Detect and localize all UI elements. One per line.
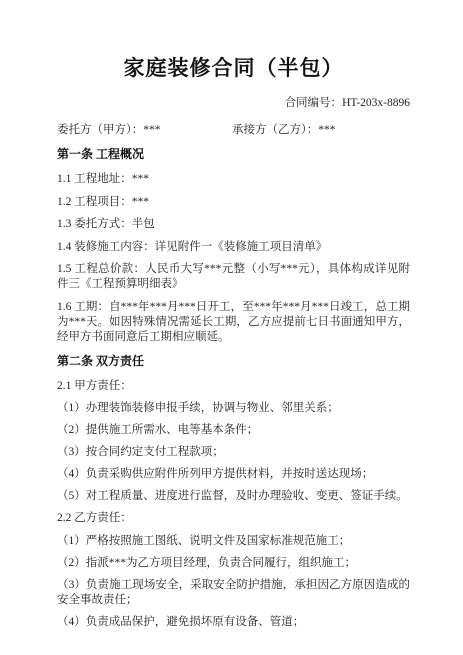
clause-1-4: 1.4 装修施工内容：详见附件一《装修施工项目清单》 — [57, 240, 410, 255]
party-a-field: 委托方（甲方）：*** — [57, 123, 232, 138]
party-a-duty-3: （3）按合同约定支付工程款项； — [57, 445, 410, 460]
section-1-heading: 第一条 工程概况 — [57, 147, 410, 162]
contract-number-value: HT-203x-8896 — [342, 97, 410, 109]
clause-1-1: 1.1 工程地址：*** — [57, 172, 410, 187]
party-b-duty-3: （3）负责施工现场安全，采取安全防护措施，承担因乙方原因造成的安全事故责任； — [57, 578, 410, 608]
clause-1-6: 1.6 工期：自***年***月***日开工，至***年***月***日竣工，总… — [57, 300, 410, 345]
clause-1-5: 1.5 工程总价款：人民币大写***元整（小写***元），具体构成详见附件三《工… — [57, 262, 410, 292]
clause-1-2: 1.2 工程项目：*** — [57, 195, 410, 210]
party-b-field: 承接方（乙方）：*** — [232, 123, 336, 138]
party-a-duty-4: （4）负责采购供应附件所列甲方提供材料，并按时送达现场； — [57, 467, 410, 482]
party-a-duty-2: （2）提供施工所需水、电等基本条件； — [57, 423, 410, 438]
party-a-duties-title: 2.1 甲方责任： — [57, 379, 410, 394]
party-b-duties-title: 2.2 乙方责任： — [57, 511, 410, 526]
party-a-duty-5: （5）对工程质量、进度进行监督，及时办理验收、变更、签证手续。 — [57, 489, 410, 504]
party-b-duty-4: （4）负责成品保护，避免损坏原有设备、管道； — [57, 615, 410, 630]
contract-document: 家庭装修合同（半包） 合同编号：HT-203x-8896 委托方（甲方）：***… — [0, 0, 463, 655]
party-b-duty-1: （1）严格按照施工图纸、说明文件及国家标准规范施工； — [57, 534, 410, 549]
party-b-duty-2: （2）指派***为乙方项目经理，负责合同履行，组织施工； — [57, 556, 410, 571]
party-a-duty-1: （1）办理装饰装修申报手续，协调与物业、邻里关系； — [57, 401, 410, 416]
parties-row: 委托方（甲方）：*** 承接方（乙方）：*** — [57, 123, 410, 138]
clause-1-3: 1.3 委托方式：半包 — [57, 217, 410, 232]
contract-number-label: 合同编号： — [285, 97, 343, 109]
document-title: 家庭装修合同（半包） — [57, 52, 410, 82]
section-2-heading: 第二条 双方责任 — [57, 354, 410, 369]
contract-number-line: 合同编号：HT-203x-8896 — [57, 94, 410, 110]
